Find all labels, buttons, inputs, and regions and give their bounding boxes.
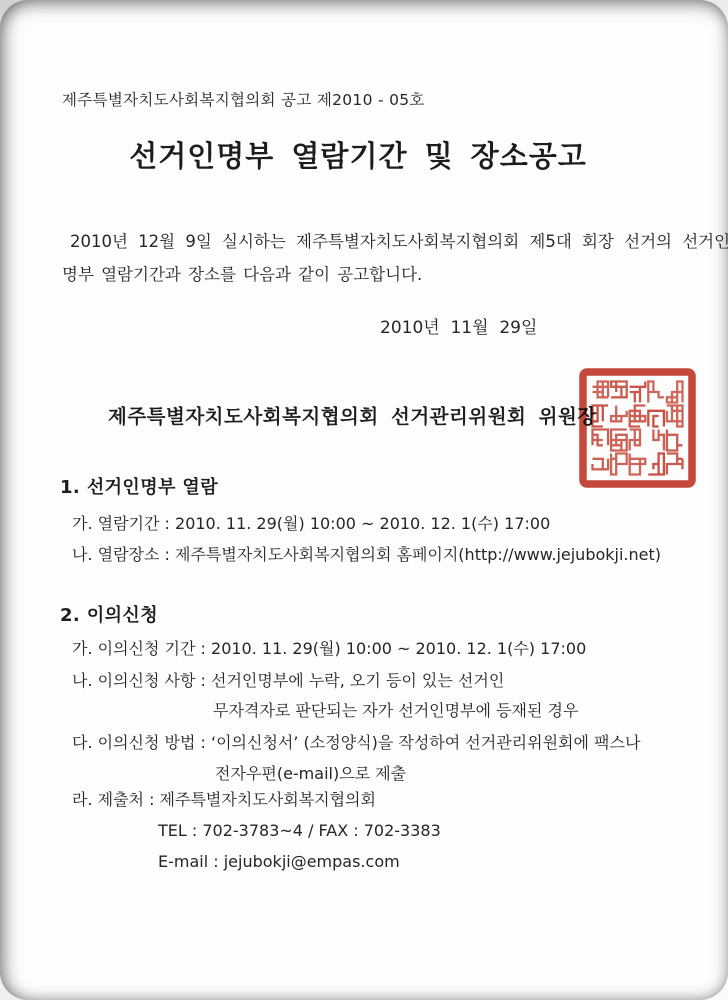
issuer-signature-line: 제주특별자치도사회복지협의회 선거관리위원회 위원장: [108, 407, 597, 427]
seal-image: [578, 367, 697, 489]
section-1-viewing-period: 가. 열람기간 : 2010. 11. 29(월) 10:00 ~ 2010. …: [72, 514, 550, 534]
section-2-heading: 2. 이의신청: [60, 606, 158, 626]
official-red-seal: [578, 367, 697, 489]
scanned-document-page: 제주특별자치도사회복지협의회 공고 제2010 - 05호 선거인명부 열람기간…: [0, 0, 728, 1000]
section-2-email: E-mail : jejubokji@empas.com: [158, 852, 400, 872]
section-2-tel-fax: TEL : 702-3783~4 / FAX : 702-3383: [158, 821, 441, 841]
section-2-objection-matter: 나. 이의신청 사항 : 선거인명부에 누락, 오기 등이 있는 선거인: [72, 671, 504, 691]
section-1-viewing-place: 나. 열람장소 : 제주특별자치도사회복지협의회 홈페이지(http://www…: [72, 545, 661, 565]
document-title: 선거인명부 열람기간 및 장소공고: [0, 146, 722, 166]
section-2-objection-method-cont: 전자우편(e-mail)으로 제출: [215, 764, 406, 784]
section-1-heading: 1. 선거인명부 열람: [60, 478, 218, 498]
section-2-submission-place: 라. 제출처 : 제주특별자치도사회복지협의회: [72, 790, 376, 810]
section-2-objection-method: 다. 이의신청 방법 : ‘이의신청서’ (소정양식)을 작성하여 선거관리위원…: [72, 733, 640, 753]
intro-paragraph-line2: 명부 열람기간과 장소를 다음과 같이 공고합니다.: [62, 265, 422, 285]
announcement-date: 2010년 11월 29일: [380, 318, 537, 338]
section-2-objection-period: 가. 이의신청 기간 : 2010. 11. 29(월) 10:00 ~ 201…: [72, 639, 586, 659]
notice-number: 제주특별자치도사회복지협의회 공고 제2010 - 05호: [62, 90, 425, 110]
section-2-objection-matter-cont: 무자격자로 판단되는 자가 선거인명부에 등재된 경우: [213, 701, 578, 721]
intro-paragraph-line1: 2010년 12월 9일 실시하는 제주특별자치도사회복지협의회 제5대 회장 …: [70, 232, 728, 252]
